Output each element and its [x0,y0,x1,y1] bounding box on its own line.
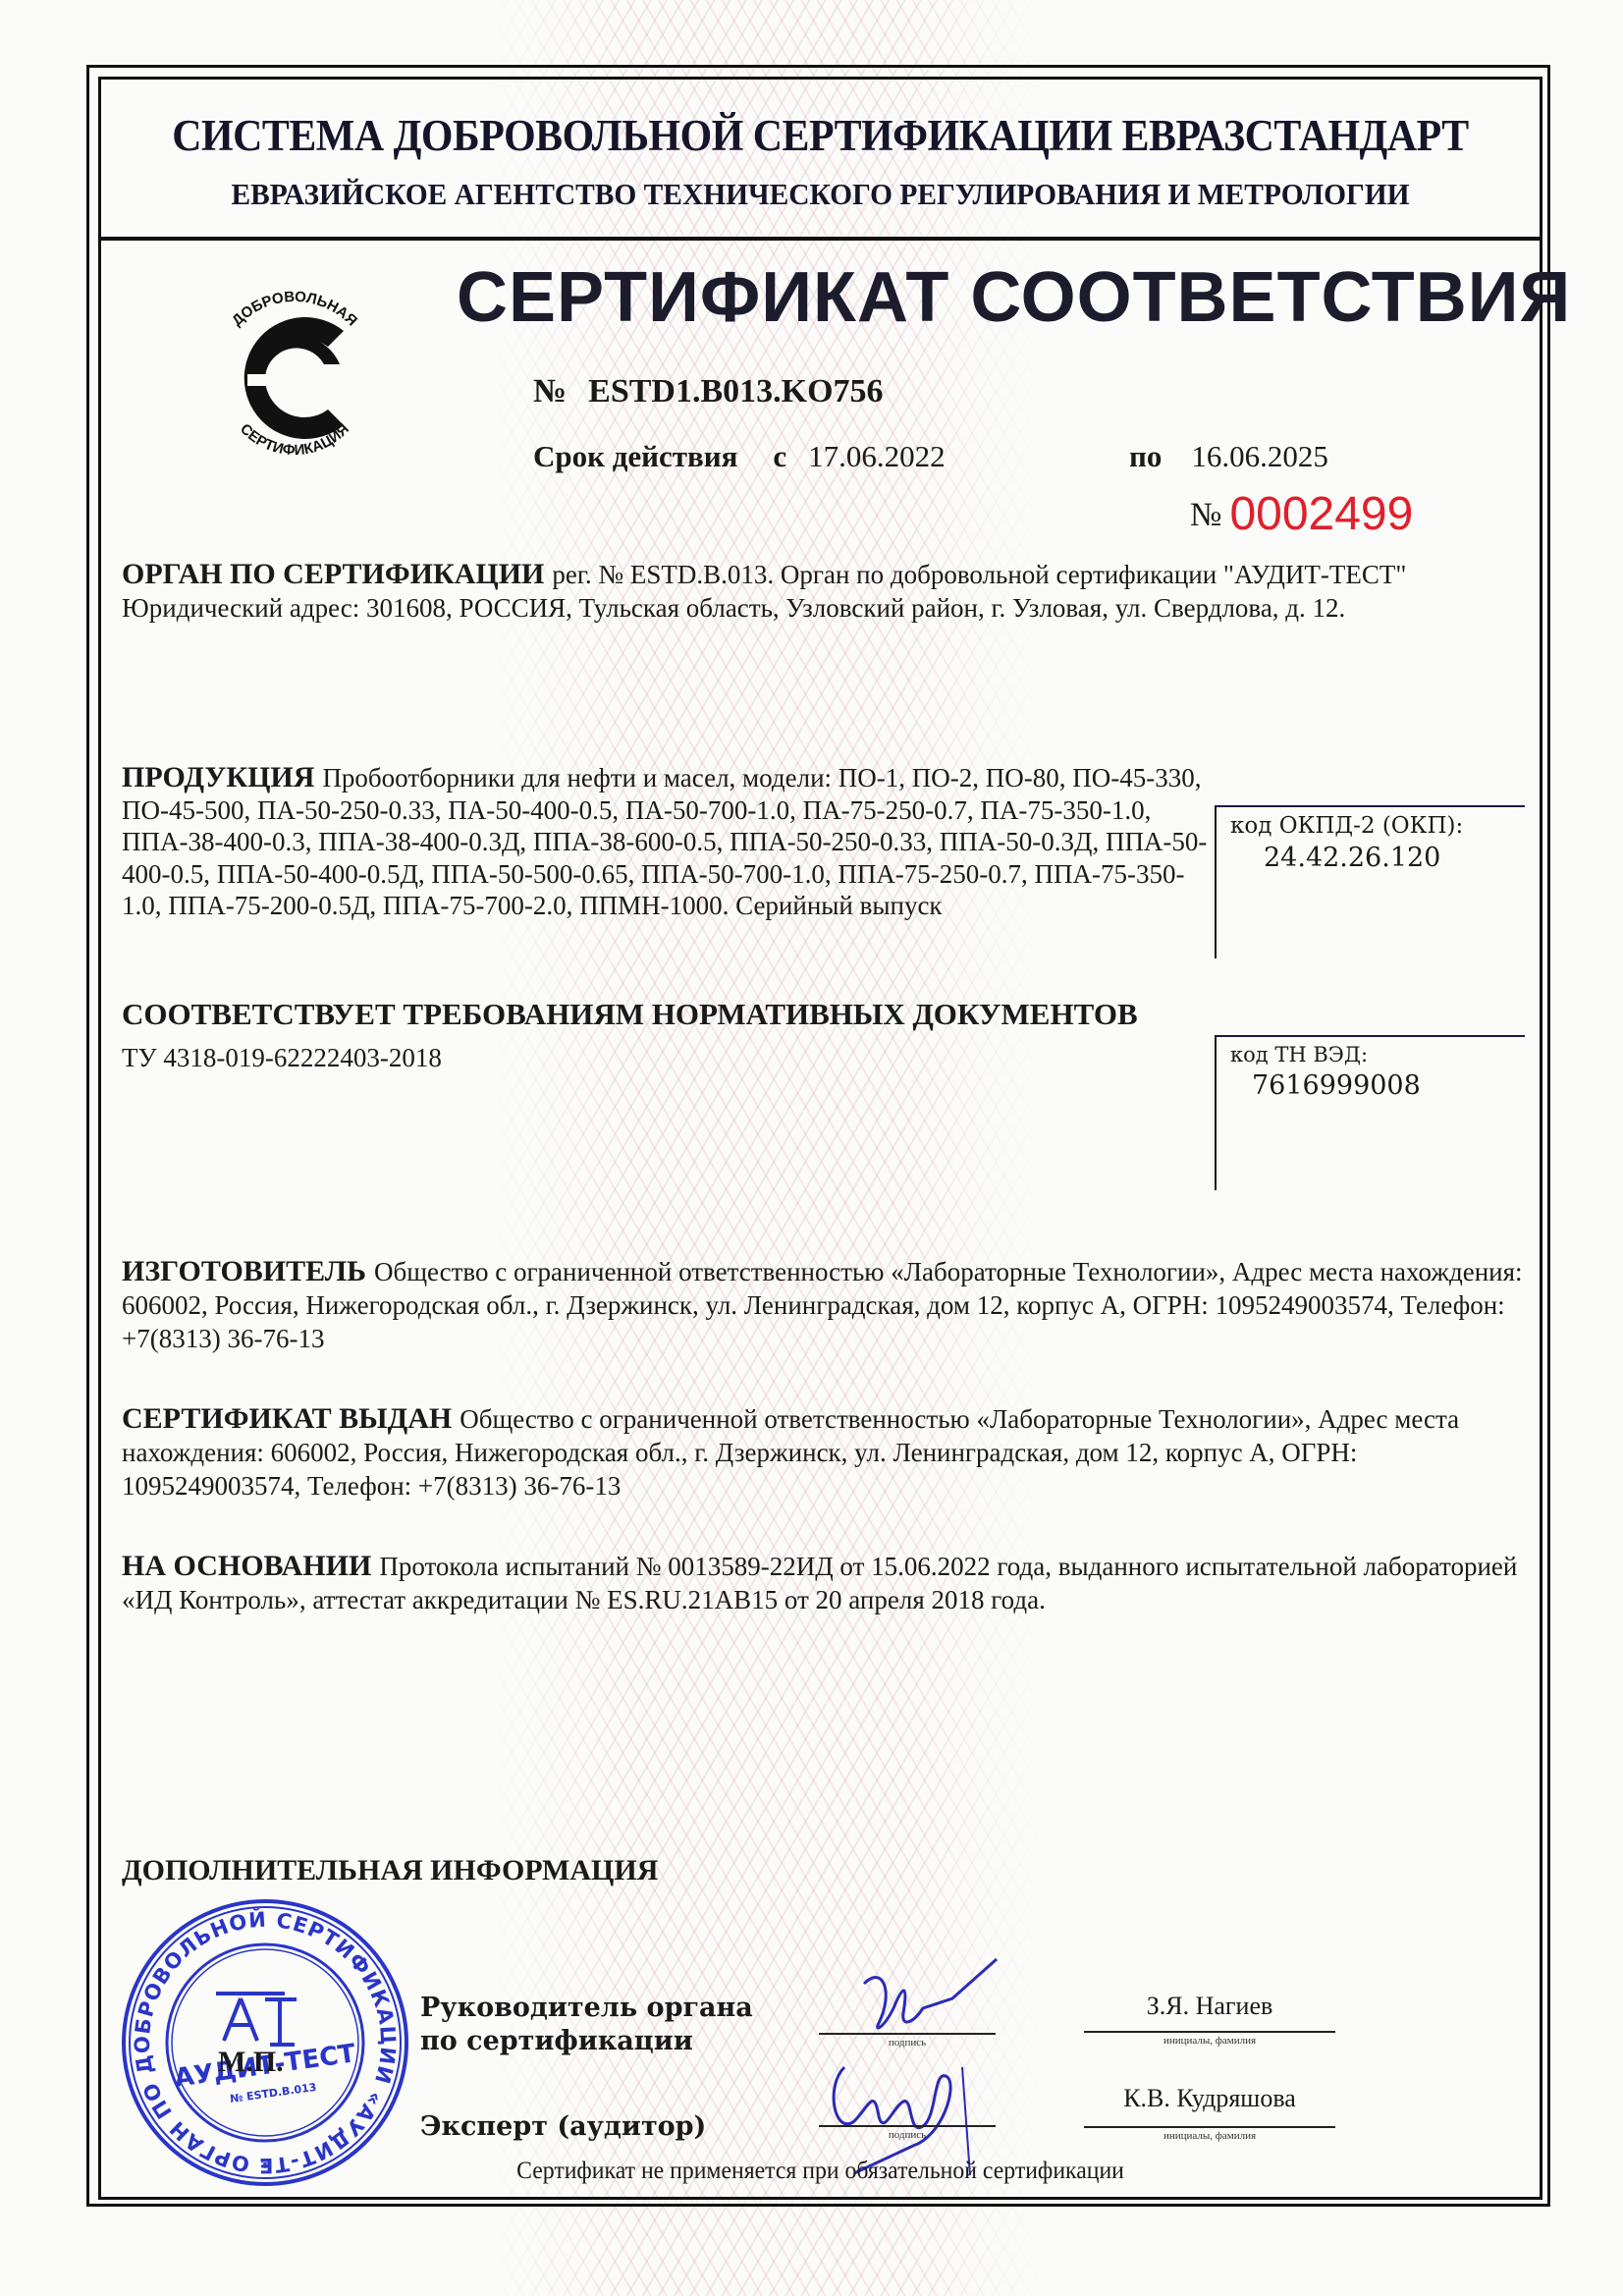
system-title: СИСТЕМА ДОБРОВОЛЬНОЙ СЕРТИФИКАЦИИ ЕВРАЗС… [148,110,1491,161]
tnved-code-label: код ТН ВЭД: [1230,1043,1525,1066]
seal-place-label: М.П. [218,2046,284,2079]
validity-to: по16.06.2025 [1129,439,1328,474]
certification-body-section: ОРГАН ПО СЕРТИФИКАЦИИрег. № ESTD.B.013. … [122,558,1516,625]
expert-role: Эксперт (аудитор) [420,2111,706,2142]
issued-to-label: СЕРТИФИКАТ ВЫДАН [122,1402,452,1435]
blank-number-value: 0002499 [1229,488,1413,540]
validity-period: Срок действияс17.06.2022 [533,439,946,474]
certificate-title: СЕРТИФИКАТ СООТВЕТСТВИЯ [457,257,1571,338]
expert-name-caption: инициалы, фамилия [1084,2130,1335,2142]
agency-title: ЕВРАЗИЙСКОЕ АГЕНТСТВО ТЕХНИЧЕСКОГО РЕГУЛ… [135,177,1506,212]
expert-name: К.В. Кудряшова [1084,2084,1335,2113]
validity-label: Срок действия [533,439,737,473]
certification-body-stamp-icon: ОРГАН ПО ДОБРОВОЛЬНОЙ СЕРТИФИКАЦИИ «АУДИ… [118,1895,412,2190]
complies-heading: СООТВЕТСТВУЕТ ТРЕБОВАНИЯМ НОРМАТИВНЫХ ДО… [122,998,1138,1031]
expert-signature-icon [815,2048,1001,2175]
okpd-code-box: код ОКПД-2 (ОКП): 24.42.26.120 [1215,805,1525,958]
head-of-body-role: Руководитель органа по сертификации [420,1992,753,2058]
footer-note: Сертификат не применяется при обязательн… [135,2158,1506,2185]
validity-from-date: 17.06.2022 [808,439,946,473]
certificate-number-value: ESTD1.B013.KO756 [588,373,883,410]
validity-to-label: по [1129,439,1162,473]
blank-serial-number: №0002499 [1190,487,1413,541]
blank-number-sign: № [1190,497,1221,533]
expert-name-line [1084,2126,1335,2128]
validity-to-date: 16.06.2025 [1191,439,1328,473]
basis-label: НА ОСНОВАНИИ [122,1550,371,1582]
okpd-code-value: 24.42.26.120 [1264,843,1525,873]
additional-info-heading: ДОПОЛНИТЕЛЬНАЯ ИНФОРМАЦИЯ [122,1854,658,1887]
product-label: ПРОДУКЦИЯ [122,761,314,793]
tnved-code-value: 7616999008 [1252,1070,1525,1101]
validity-from-label: с [773,439,786,473]
tnved-code-box: код ТН ВЭД: 7616999008 [1215,1035,1525,1190]
voluntary-certification-logo-icon: ДОБРОВОЛЬНАЯ СЕРТИФИКАЦИЯ [196,280,393,476]
header-divider [98,237,1542,241]
certificate-number: №ESTD1.B013.KO756 [533,373,884,410]
okpd-code-label: код ОКПД-2 (ОКП): [1230,813,1525,839]
product-section: ПРОДУКЦИЯПробоотборники для нефти и масе… [122,762,1212,922]
basis-section: НА ОСНОВАНИИПротокола испытаний № 001358… [122,1550,1555,1616]
manufacturer-label: ИЗГОТОВИТЕЛЬ [122,1255,366,1287]
issued-to-section: СЕРТИФИКАТ ВЫДАНОбщество с ограниченной … [122,1402,1526,1503]
head-signature-line [819,2033,996,2035]
manufacturer-section: ИЗГОТОВИТЕЛЬОбщество с ограниченной отве… [122,1255,1526,1355]
expert-signature-line [819,2125,996,2127]
certification-body-label: ОРГАН ПО СЕРТИФИКАЦИИ [122,558,544,590]
svg-text:№ ESTD.B.013: № ESTD.B.013 [229,2081,317,2105]
complies-standard: ТУ 4318-019-62222403-2018 [122,1041,442,1074]
expert-signature-caption: подпись [819,2129,996,2141]
head-name-line [1084,2031,1335,2033]
head-name-caption: инициалы, фамилия [1084,2035,1335,2047]
head-name: З.Я. Нагиев [1084,1992,1335,2021]
number-sign: № [533,373,567,410]
